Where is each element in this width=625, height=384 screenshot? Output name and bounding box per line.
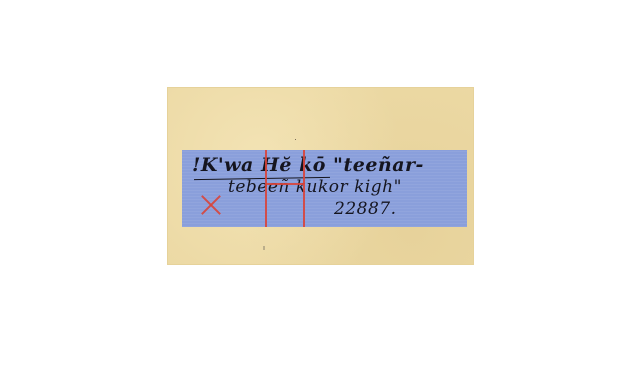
red-horizontal-line bbox=[266, 183, 304, 185]
backing-card: !K'wa Hĕ kō "teeñar- tebeeñ kukor kigh" … bbox=[168, 88, 473, 264]
label-line-2: tebeeñ kukor kigh" bbox=[228, 177, 402, 197]
blue-paper-label: !K'wa Hĕ kō "teeñar- tebeeñ kukor kigh" … bbox=[182, 150, 467, 227]
paper-speck bbox=[263, 246, 265, 250]
paper-speck bbox=[295, 139, 296, 140]
red-vertical-line-left bbox=[265, 150, 267, 227]
label-line-1: !K'wa Hĕ kō "teeñar- bbox=[192, 154, 424, 176]
catalog-number: 22887. bbox=[334, 199, 396, 219]
red-vertical-line-right bbox=[303, 150, 305, 227]
